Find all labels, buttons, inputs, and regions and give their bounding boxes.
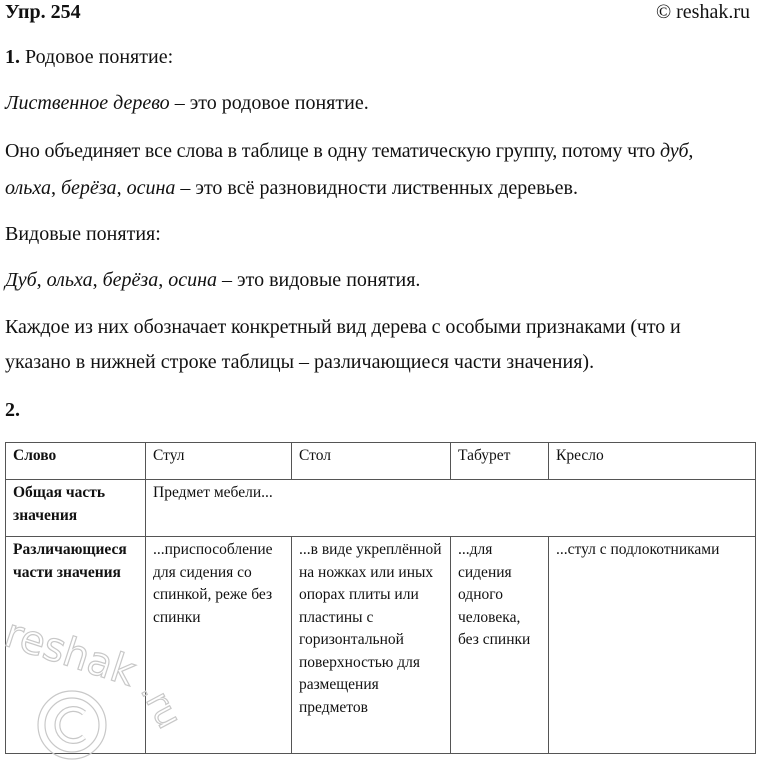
term-birch: берёза xyxy=(61,177,117,199)
diff-cell-table: ...в виде укреплённой на ножках или иных… xyxy=(292,537,451,754)
generic-heading: Родовое понятие: xyxy=(25,46,173,68)
row-label-differences: Различающиеся части значения xyxy=(6,537,146,754)
term-alder: ольха xyxy=(5,177,51,199)
row-label-common: Общая часть значения xyxy=(6,480,146,537)
table-row-common: Общая часть значения Предмет мебели... xyxy=(6,480,756,537)
row-label-word: Слово xyxy=(6,443,146,480)
term-oak: дуб xyxy=(660,140,688,162)
word-meaning-table: Слово Стул Стол Табурет Кресло Общая час… xyxy=(5,442,756,754)
table-row-differences: Различающиеся части значения ...приспосо… xyxy=(6,537,756,754)
term-alder: ольха xyxy=(47,269,93,291)
word-cell-stool: Табурет xyxy=(451,443,549,480)
explanation-line-2: ольха, берёза, осина – это всё разновидн… xyxy=(5,176,578,200)
punct: , xyxy=(117,177,127,199)
term-aspen: осина xyxy=(127,177,176,199)
each-line-1: Каждое из них обозначает конкретный вид … xyxy=(5,315,681,339)
punct: , xyxy=(93,269,103,291)
diff-cell-stool: ...для сидения одного человека, без спин… xyxy=(451,537,549,754)
each-line-2: указано в нижней строке таблицы – различ… xyxy=(5,350,594,374)
specific-text: – это видовые понятия. xyxy=(217,269,420,291)
exercise-title: Упр. 254 xyxy=(5,1,81,24)
generic-term: Лиственное дерево xyxy=(5,92,170,114)
specific-terms-paragraph: Дуб, ольха, берёза, осина – это видовые … xyxy=(5,268,420,292)
word-cell-armchair: Кресло xyxy=(549,443,756,480)
word-cell-chair: Стул xyxy=(146,443,292,480)
copyright-notice: © reshak.ru xyxy=(656,1,750,24)
section-2-number: 2. xyxy=(5,398,20,422)
punct: , xyxy=(158,269,168,291)
explanation-text: – это всё разновидности лиственных дерев… xyxy=(175,177,578,199)
section-number: 1. xyxy=(5,46,20,68)
term-aspen: осина xyxy=(168,269,217,291)
generic-term-paragraph: Лиственное дерево – это родовое понятие. xyxy=(5,91,369,115)
explanation-line-1: Оно объединяет все слова в таблице в одн… xyxy=(5,139,693,163)
generic-term-text: – это родовое понятие. xyxy=(170,92,369,114)
common-meaning-cell: Предмет мебели... xyxy=(146,480,756,537)
word-cell-table: Стол xyxy=(292,443,451,480)
specific-heading: Видовые понятия: xyxy=(5,222,161,246)
table-row-words: Слово Стул Стол Табурет Кресло xyxy=(6,443,756,480)
term-birch: берёза xyxy=(103,269,159,291)
punct: , xyxy=(37,269,47,291)
diff-cell-chair: ...приспособление для сидения со спинкой… xyxy=(146,537,292,754)
punct: , xyxy=(51,177,61,199)
explanation-text: Оно объединяет все слова в таблице в одн… xyxy=(5,140,660,162)
punct: , xyxy=(688,140,693,162)
term-oak: Дуб xyxy=(5,269,37,291)
section-1-heading: 1. Родовое понятие: xyxy=(5,45,173,69)
diff-cell-armchair: ...стул с подлокотниками xyxy=(549,537,756,754)
